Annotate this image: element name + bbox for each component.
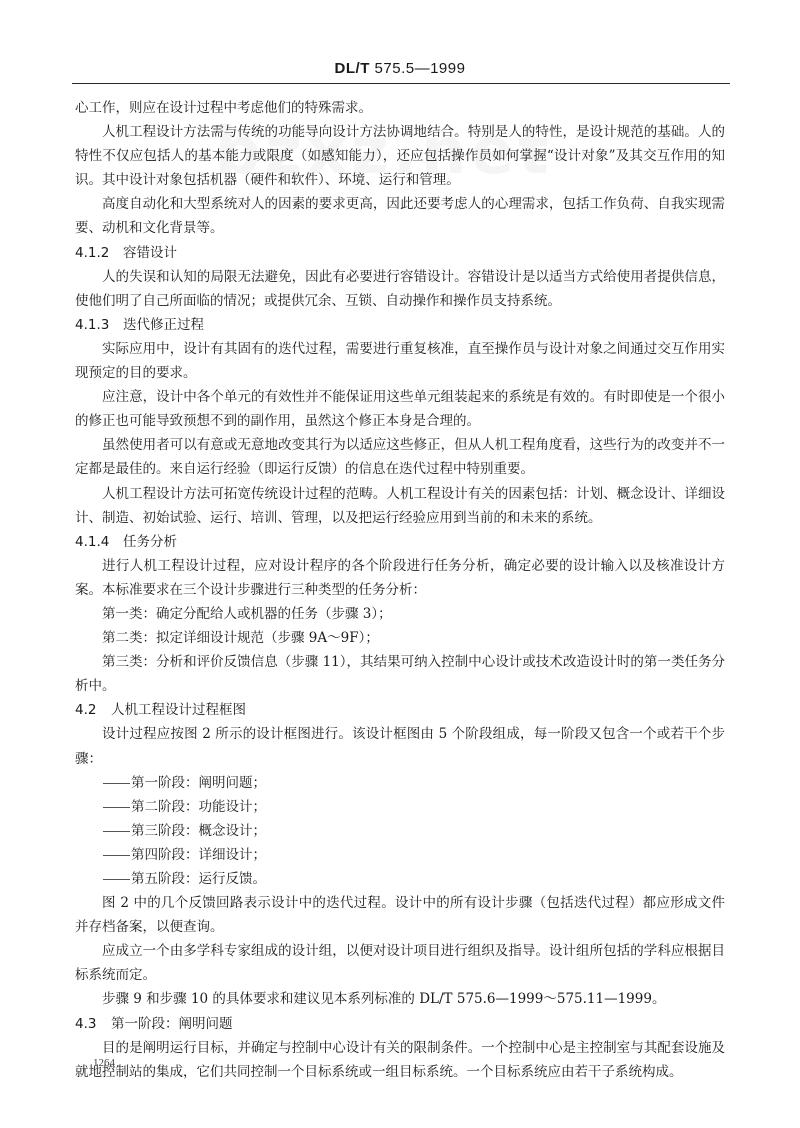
section-title: 第一阶段：阐明问题 bbox=[111, 1016, 233, 1032]
stage-item: 第三阶段：概念设计； bbox=[75, 819, 725, 843]
stage-item: 第二阶段：功能设计； bbox=[75, 795, 725, 819]
paragraph: 进行人机工程设计过程，应对设计程序的各个阶段进行任务分析，确定必要的设计输入以及… bbox=[75, 554, 725, 602]
dash-marker bbox=[103, 831, 130, 832]
stage-item: 第一阶段：阐明问题； bbox=[75, 771, 725, 795]
section-number: 4.1.3 bbox=[75, 313, 123, 337]
paragraph: 高度自动化和大型系统对人的因素的要求更高，因此还要考虑人的心理需求，包括工作负荷… bbox=[75, 192, 725, 240]
dash-marker bbox=[103, 783, 130, 784]
stage-label: 第四阶段：详细设计； bbox=[131, 847, 266, 863]
paragraph: 设计过程应按图 2 所示的设计框图进行。该设计框图由 5 个阶段组成，每一阶段又… bbox=[75, 722, 725, 770]
standard-code-prefix: DL/T bbox=[335, 60, 370, 77]
section-title: 任务分析 bbox=[123, 534, 177, 550]
section-heading-4-1-3: 4.1.3迭代修正过程 bbox=[75, 313, 725, 337]
section-heading-4-1-4: 4.1.4任务分析 bbox=[75, 530, 725, 554]
list-item-type-3: 第三类：分析和评价反馈信息（步骤 11），其结果可纳入控制中心设计或技术改造设计… bbox=[75, 650, 725, 698]
stage-label: 第二阶段：功能设计； bbox=[131, 799, 266, 815]
section-number: 4.1.4 bbox=[75, 530, 123, 554]
section-number: 4.1.2 bbox=[75, 241, 123, 265]
stage-item: 第五阶段：运行反馈。 bbox=[75, 867, 725, 891]
dash-marker bbox=[103, 879, 130, 880]
section-title: 容错设计 bbox=[123, 245, 177, 261]
dash-marker bbox=[103, 855, 130, 856]
paragraph: 人机工程设计方法可拓宽传统设计过程的范畴。人机工程设计有关的因素包括：计划、概念… bbox=[75, 482, 725, 530]
paragraph: 实际应用中，设计有其固有的迭代过程，需要进行重复核准，直至操作员与设计对象之间通… bbox=[75, 337, 725, 385]
page-number: 1264 bbox=[93, 1057, 115, 1069]
paragraph: 目的是阐明运行目标，并确定与控制中心设计有关的限制条件。一个控制中心是主控制室与… bbox=[75, 1036, 725, 1084]
list-item-type-2: 第二类：拟定详细设计规范（步骤 9A～9F）； bbox=[75, 626, 725, 650]
section-heading-4-2: 4.2人机工程设计过程框图 bbox=[75, 698, 725, 722]
header-rule bbox=[72, 83, 730, 84]
section-title: 迭代修正过程 bbox=[123, 317, 204, 333]
section-number: 4.3 bbox=[75, 1012, 111, 1036]
page-header: DL/T 575.5—1999 bbox=[0, 60, 800, 77]
paragraph: 心工作，则应在设计过程中考虑他们的特殊需求。 bbox=[75, 96, 725, 120]
paragraph: 人的失误和认知的局限无法避免，因此有必要进行容错设计。容错设计是以适当方式给使用… bbox=[75, 265, 725, 313]
list-item-type-1: 第一类：确定分配给人或机器的任务（步骤 3）； bbox=[75, 602, 725, 626]
paragraph: 人机工程设计方法需与传统的功能导向设计方法协调地结合。特别是人的特性，是设计规范… bbox=[75, 120, 725, 192]
document-body: 心工作，则应在设计过程中考虑他们的特殊需求。 人机工程设计方法需与传统的功能导向… bbox=[75, 96, 725, 1084]
paragraph: 应注意，设计中各个单元的有效性并不能保证用这些单元组装起来的系统是有效的。有时即… bbox=[75, 385, 725, 433]
paragraph: 图 2 中的几个反馈回路表示设计中的迭代过程。设计中的所有设计步骤（包括迭代过程… bbox=[75, 891, 725, 939]
paragraph: 应成立一个由多学科专家组成的设计组，以便对设计项目进行组织及指导。设计组所包括的… bbox=[75, 939, 725, 987]
stage-label: 第五阶段：运行反馈。 bbox=[131, 871, 266, 887]
stage-label: 第一阶段：阐明问题； bbox=[131, 775, 266, 791]
paragraph: 步骤 9 和步骤 10 的具体要求和建议见本系列标准的 DL/T 575.6—1… bbox=[75, 987, 725, 1011]
section-title: 人机工程设计过程框图 bbox=[111, 702, 246, 718]
stage-item: 第四阶段：详细设计； bbox=[75, 843, 725, 867]
standard-code-number: 575.5—1999 bbox=[375, 60, 466, 77]
dash-marker bbox=[103, 807, 130, 808]
section-heading-4-1-2: 4.1.2容错设计 bbox=[75, 241, 725, 265]
section-heading-4-3: 4.3第一阶段：阐明问题 bbox=[75, 1012, 725, 1036]
stage-label: 第三阶段：概念设计； bbox=[131, 823, 266, 839]
paragraph: 虽然使用者可以有意或无意地改变其行为以适应这些修正，但从人机工程角度看，这些行为… bbox=[75, 433, 725, 481]
section-number: 4.2 bbox=[75, 698, 111, 722]
